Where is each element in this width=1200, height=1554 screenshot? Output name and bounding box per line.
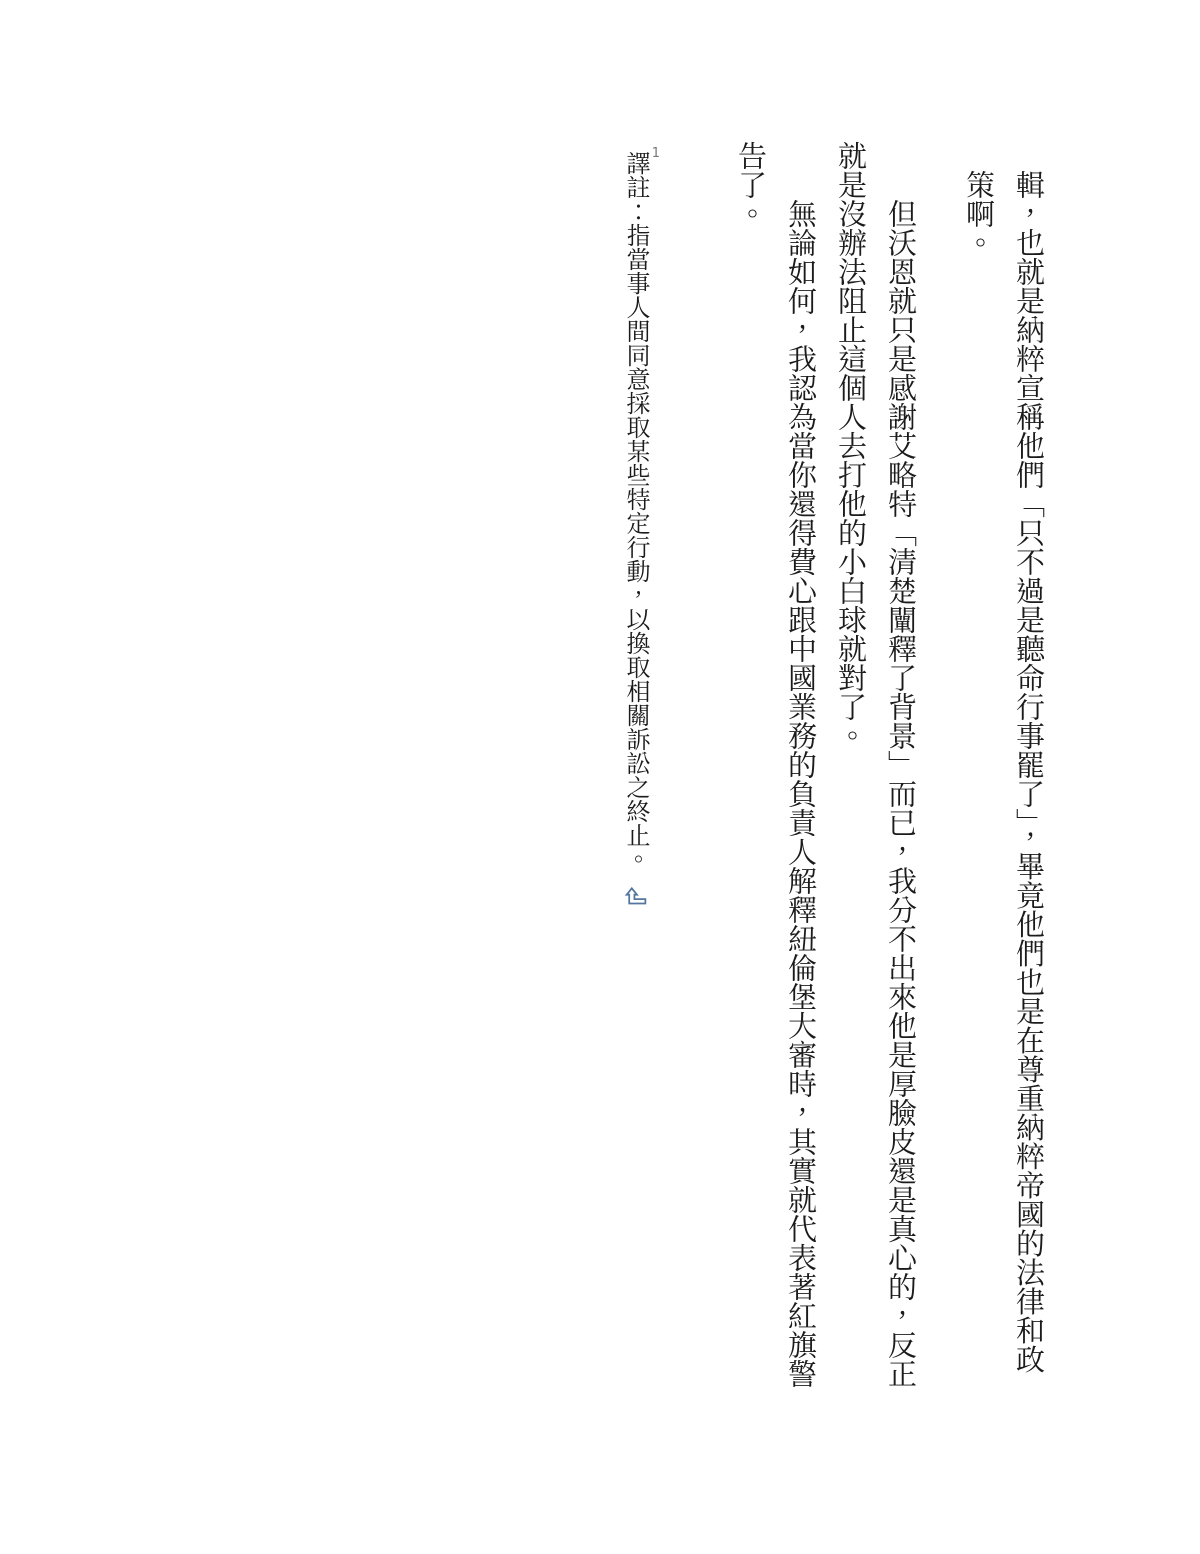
book-page: 輯，也就是納粹宣稱他們「只不過是聽命行事罷了」，畢竟他們也是在尊重納粹帝國的法律… [0, 0, 1200, 1554]
translator-footnote: 1 譯註：指當事人間同意採取某些特定行動，以換取相關訴訟之終止。 [611, 141, 661, 1391]
return-arrow-icon[interactable] [624, 885, 649, 910]
footnote-marker: 1 [652, 147, 660, 160]
paragraph: 但沃恩就只是感謝艾略特「清楚闡釋了背景」而已，我分不出來他是厚臉皮還是真心的，反… [826, 141, 926, 1391]
paragraph: 無論如何，我認為當你還得費心跟中國業務的負責人解釋紐倫堡大審時，其實就代表著紅旗… [726, 141, 826, 1391]
footnote-text: 譯註：指當事人間同意採取某些特定行動，以換取相關訴訟之終止。 [622, 151, 650, 871]
paragraph-continued: 輯，也就是納粹宣稱他們「只不過是聽命行事罷了」，畢竟他們也是在尊重納粹帝國的法律… [954, 141, 1054, 1391]
vertical-text-flow: 輯，也就是納粹宣稱他們「只不過是聽命行事罷了」，畢竟他們也是在尊重納粹帝國的法律… [611, 141, 1054, 1391]
